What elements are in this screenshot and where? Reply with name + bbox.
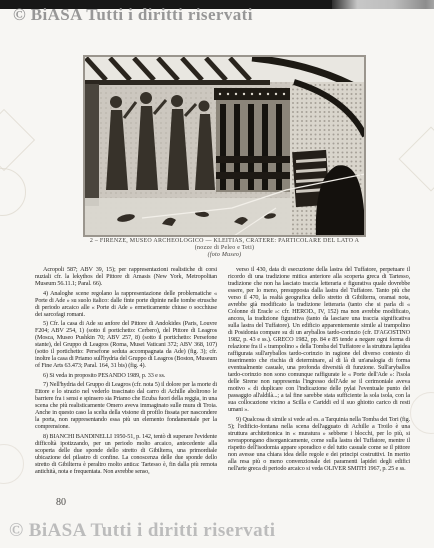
stamp-watermark: [0, 444, 24, 484]
watermark-bottom: © BiASA Tutti i diritti riservati: [9, 520, 276, 542]
scan-edge-smudge: [332, 0, 434, 9]
vase-photograph-art: [84, 56, 365, 236]
page-number: 80: [56, 497, 66, 508]
figure-caption-line1: 2 – Firenze, Museo Archeologico — Kleiti…: [74, 238, 375, 245]
stamp-watermark: [410, 392, 434, 434]
footnote-paragraph: verso il 430, data di esecuzione della l…: [228, 266, 410, 413]
vase-photograph: [84, 56, 365, 236]
watermark-top: © BiASA Tutti i diritti riservati: [13, 5, 253, 25]
footnote-paragraph: Acropoli 587; ABV 39, 15); per rappresen…: [35, 266, 217, 287]
stamp-watermark: [0, 109, 35, 171]
footnote-paragraph: 4) Analoghe scene regolano la rappresent…: [35, 290, 217, 318]
footnotes-left-column: Acropoli 587; ABV 39, 15); per rappresen…: [35, 266, 217, 504]
scanned-journal-page: { "watermark": { "top": "© BiASA Tutti i…: [0, 0, 434, 548]
figure-caption-credit: (foto Museo): [74, 252, 375, 259]
footnote-paragraph: 8) BIANCHI BANDINELLI 1950-51, p. 142, t…: [35, 433, 217, 475]
footnotes-right-column: verso il 430, data di esecuzione della l…: [228, 266, 410, 504]
footnote-paragraph: 9) Qualcosa di simile si vede ad es. a T…: [228, 416, 410, 472]
footnote-paragraph: 6) Si veda in proposito PESANDO 1989, p.…: [35, 372, 217, 379]
footnotes-block: Acropoli 587; ABV 39, 15); per rappresen…: [35, 266, 410, 504]
stamp-watermark: [398, 126, 434, 191]
footnote-paragraph: 5) Cfr. la casa di Ade su anfore del Pit…: [35, 320, 217, 369]
footnote-paragraph: 7) Nell'hydria del Gruppo di Leagros (cf…: [35, 381, 217, 430]
figure-caption: 2 – Firenze, Museo Archeologico — Kleiti…: [74, 238, 375, 259]
figure-caption-line2: (nozze di Peleo e Teti): [74, 245, 375, 252]
stamp-watermark: [0, 168, 26, 216]
